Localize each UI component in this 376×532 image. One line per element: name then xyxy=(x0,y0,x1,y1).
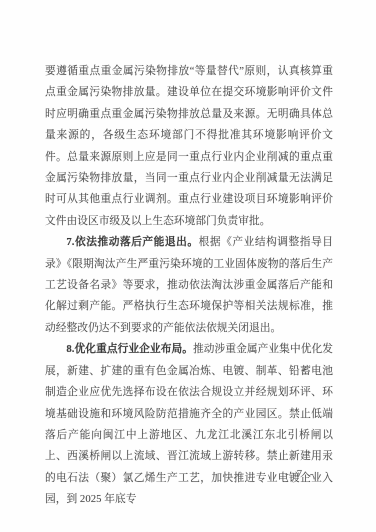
paragraph-text: 推动涉重金属产业集中优化发展，新建、扩建的重有色金属冶炼、电镀、制革、铅蓄电池制… xyxy=(45,343,333,505)
paragraph-section-7: 7.依法推动落后产能退出。根据《产业结构调整指导目录》《限期淘汰产生严重污染环境… xyxy=(45,232,333,339)
section-7-heading: 7.依法推动落后产能退出。 xyxy=(66,236,198,248)
paragraph-section-8: 8.优化重点行业企业布局。推动涉重金属产业集中优化发展，新建、扩建的重有色金属冶… xyxy=(45,339,333,510)
page-number: - 7 - xyxy=(285,468,316,480)
paragraph-text: 要遵循重点重金属污染物排放“等量替代”原则，认真核算重点重金属污染物排放量。建设… xyxy=(45,65,333,227)
document-body: 要遵循重点重金属污染物排放“等量替代”原则，认真核算重点重金属污染物排放量。建设… xyxy=(45,61,333,511)
section-8-heading: 8.优化重点行业企业布局。 xyxy=(66,343,193,355)
paragraph-text: 根据《产业结构调整指导目录》《限期淘汰产生严重污染环境的工业固体废物的落后生产工… xyxy=(45,236,333,334)
paragraph-6-continuation: 要遵循重点重金属污染物排放“等量替代”原则，认真核算重点重金属污染物排放量。建设… xyxy=(45,61,333,232)
document-page: 要遵循重点重金属污染物排放“等量替代”原则，认真核算重点重金属污染物排放量。建设… xyxy=(0,0,376,532)
